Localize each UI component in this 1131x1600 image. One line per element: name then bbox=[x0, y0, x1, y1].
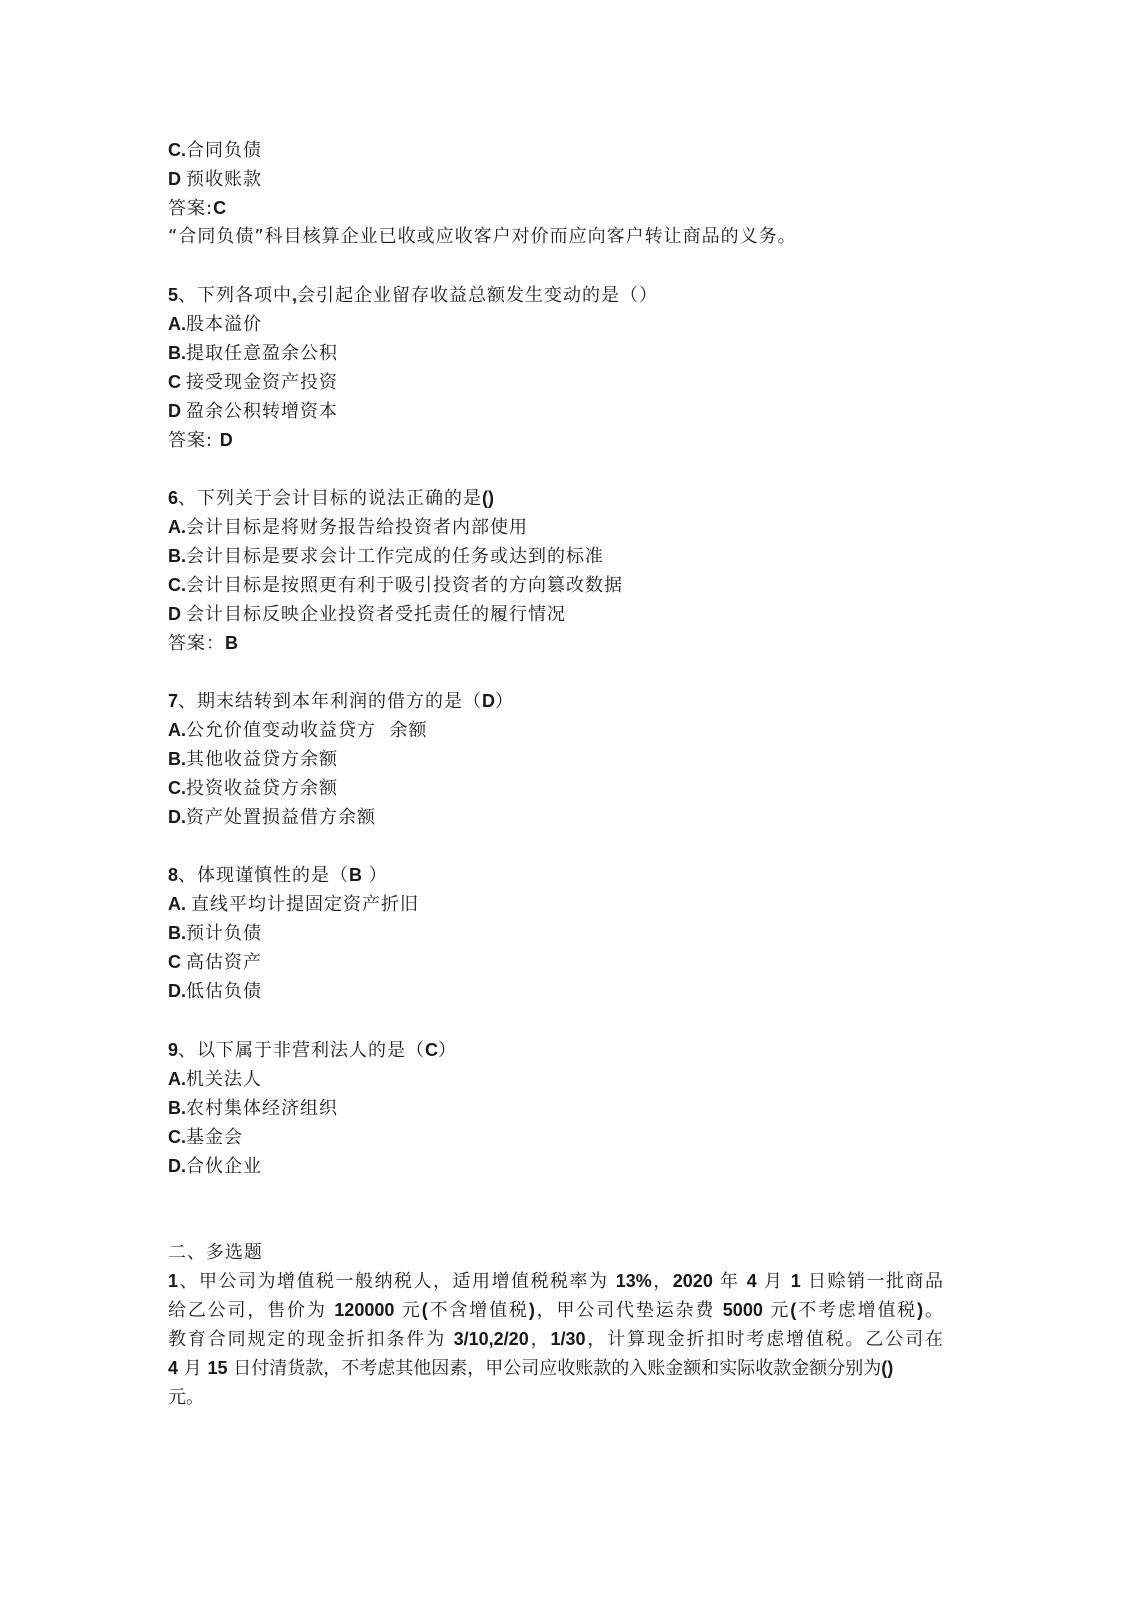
option-letter: D. bbox=[168, 807, 186, 827]
numeric-text: 4 bbox=[747, 1271, 757, 1291]
section-heading-multiple-choice: 二、多选题 bbox=[168, 1242, 263, 1264]
q8-option-d: D.低估负债 bbox=[168, 980, 262, 1003]
q7-option-d: D.资产处置损益借方余额 bbox=[168, 806, 376, 829]
option-text: 会计目标是将财务报告给投资者内部使用 bbox=[186, 517, 528, 538]
option-letter: B. bbox=[168, 343, 186, 363]
q6-answer: 答案：B bbox=[168, 632, 238, 655]
q4-answer: 答案:C bbox=[168, 197, 226, 220]
question-number: 9 bbox=[168, 1040, 178, 1060]
q6-option-b: B.会计目标是要求会计工作完成的任务或达到的标准 bbox=[168, 545, 604, 568]
paragraph-text: ，计算现金折扣时考虑增值税。乙公司在 bbox=[586, 1329, 944, 1350]
option-text: 股本溢价 bbox=[186, 314, 262, 335]
numeric-text: 1 bbox=[791, 1271, 801, 1291]
answer-value: C bbox=[213, 198, 226, 218]
option-text: 低估负债 bbox=[186, 981, 262, 1002]
option-letter: A. bbox=[168, 894, 191, 914]
option-letter: D bbox=[168, 401, 186, 421]
option-text: 会计目标反映企业投资者受托责任的履行情况 bbox=[186, 604, 566, 625]
question-number: 6 bbox=[168, 488, 178, 508]
answer-value: B bbox=[225, 633, 238, 653]
paragraph-text: 日付清货款，不考虑其他因素，甲公司应收账款的入账金额和实际收款金额分别为 bbox=[228, 1358, 882, 1379]
paragraph-text: ， bbox=[529, 1329, 551, 1350]
paragraph-text: 日赊销一批商品 bbox=[801, 1271, 943, 1292]
option-letter: B. bbox=[168, 546, 186, 566]
option-letter: A. bbox=[168, 720, 186, 740]
option-text: 会计目标是按照更有利于吸引投资者的方向篡改数据 bbox=[186, 575, 623, 596]
numeric-text: 2020 bbox=[673, 1271, 713, 1291]
option-letter: B. bbox=[168, 923, 186, 943]
question-text: ） bbox=[362, 865, 388, 886]
paragraph-line: 教育合同规定的现金折扣条件为 3/10,2/20，1/30，计算现金折扣时考虑增… bbox=[168, 1325, 943, 1354]
answer-label: 答案: bbox=[168, 198, 213, 219]
option-letter: B. bbox=[168, 1098, 186, 1118]
option-text: 资产处置损益借方余额 bbox=[186, 807, 376, 828]
option-text: 提取任意盈余公积 bbox=[186, 343, 338, 364]
q9-option-c: C.基金会 bbox=[168, 1126, 243, 1149]
question-number: 7 bbox=[168, 691, 178, 711]
q7-stem: 7、期末结转到本年利润的借方的是（D） bbox=[168, 690, 514, 713]
option-letter: C. bbox=[168, 778, 186, 798]
paragraph-text: 月 bbox=[757, 1271, 791, 1292]
option-text: 其他收益贷方余额 bbox=[186, 749, 338, 770]
paragraph-text: ，甲公司代垫运杂费 bbox=[535, 1300, 723, 1321]
paragraph-text: 元 bbox=[763, 1300, 790, 1321]
q5-option-a: A.股本溢价 bbox=[168, 313, 262, 336]
answer-value: D bbox=[220, 430, 233, 450]
option-letter: A. bbox=[168, 517, 186, 537]
q7-option-b: B.其他收益贷方余额 bbox=[168, 748, 338, 771]
option-letter: B. bbox=[168, 749, 186, 769]
option-text: 高估资产 bbox=[186, 952, 262, 973]
numeric-text: 15 bbox=[207, 1358, 227, 1378]
option-letter: D. bbox=[168, 981, 186, 1001]
paragraph-text: 年 bbox=[713, 1271, 747, 1292]
q4-option-d: D 预收账款 bbox=[168, 168, 262, 191]
question-number: 8 bbox=[168, 865, 178, 885]
option-letter: C. bbox=[168, 575, 186, 595]
option-text: 机关法人 bbox=[186, 1069, 262, 1090]
numeric-text: 4 bbox=[168, 1358, 178, 1378]
answer-value: D bbox=[482, 691, 495, 711]
q6-option-d: D 会计目标反映企业投资者受托责任的履行情况 bbox=[168, 603, 566, 626]
q5-answer: 答案: D bbox=[168, 429, 233, 452]
question-text: 、下列关于会计目标的说法正确的是 bbox=[178, 488, 482, 509]
option-letter: D. bbox=[168, 1156, 186, 1176]
q9-option-b: B.农村集体经济组织 bbox=[168, 1097, 338, 1120]
option-letter: C bbox=[168, 952, 186, 972]
q7-option-c: C.投资收益贷方余额 bbox=[168, 777, 338, 800]
option-text: 直线平均计提固定资产折旧 bbox=[191, 894, 419, 915]
option-text: 基金会 bbox=[186, 1127, 243, 1148]
q9-option-d: D.合伙企业 bbox=[168, 1155, 262, 1178]
question-text: ） bbox=[495, 691, 514, 712]
paragraph-text: 给乙公司，售价为 bbox=[168, 1300, 334, 1321]
question-number: 5 bbox=[168, 285, 178, 305]
document-page: C.合同负债 D 预收账款 答案:C “合同负债”科目核算企业已收或应收客户对价… bbox=[0, 0, 1131, 1600]
option-text: 公允价值变动收益贷方 余额 bbox=[186, 720, 427, 741]
question-text: 、以下属于非营利法人的是（ bbox=[178, 1040, 425, 1061]
q5-option-b: B.提取任意盈余公积 bbox=[168, 342, 338, 365]
paragraph-line: 给乙公司，售价为 120000 元(不含增值税)，甲公司代垫运杂费 5000 元… bbox=[168, 1296, 943, 1325]
paragraph-text: 月 bbox=[178, 1358, 207, 1379]
q4-explanation: “合同负债”科目核算企业已收或应收客户对价而应向客户转让商品的义务。 bbox=[168, 226, 797, 248]
option-text: 预收账款 bbox=[186, 169, 262, 190]
q8-option-c: C 高估资产 bbox=[168, 951, 262, 974]
paragraph-text: 不考虑增值税 bbox=[796, 1300, 917, 1321]
q7-option-a: A.公允价值变动收益贷方 余额 bbox=[168, 719, 427, 742]
numeric-text: 1/30 bbox=[550, 1329, 585, 1349]
numeric-text: 120000 bbox=[334, 1300, 394, 1320]
answer-value: C bbox=[425, 1040, 438, 1060]
q4-option-c: C.合同负债 bbox=[168, 139, 262, 162]
question-text: 会引起企业留存收益总额发生变动的是（） bbox=[297, 285, 658, 306]
option-letter: C. bbox=[168, 1127, 186, 1147]
q6-stem: 6、下列关于会计目标的说法正确的是() bbox=[168, 487, 494, 510]
paragraph-text: ， bbox=[652, 1271, 673, 1292]
paragraph-line: 1、甲公司为增值税一般纳税人，适用增值税税率为 13%，2020 年 4 月 1… bbox=[168, 1267, 943, 1296]
paragraph-line: 4 月 15 日付清货款，不考虑其他因素，甲公司应收账款的入账金额和实际收款金额… bbox=[168, 1354, 943, 1383]
option-text: 合同负债 bbox=[186, 140, 262, 161]
option-letter: A. bbox=[168, 314, 186, 334]
question-text: 、期末结转到本年利润的借方的是（ bbox=[178, 691, 482, 712]
q5-stem: 5、下列各项中,会引起企业留存收益总额发生变动的是（） bbox=[168, 284, 658, 307]
option-text: 预计负债 bbox=[186, 923, 262, 944]
option-text: 合伙企业 bbox=[186, 1156, 262, 1177]
section2-q1-paragraph: 1、甲公司为增值税一般纳税人，适用增值税税率为 13%，2020 年 4 月 1… bbox=[168, 1267, 943, 1412]
numeric-text: 1 bbox=[168, 1271, 178, 1291]
question-text: ） bbox=[438, 1040, 457, 1061]
option-letter: A. bbox=[168, 1069, 186, 1089]
paragraph-text: 。 bbox=[923, 1300, 943, 1321]
paragraph-line: 元。 bbox=[168, 1383, 943, 1412]
option-letter: C bbox=[168, 372, 186, 392]
option-text: 投资收益贷方余额 bbox=[186, 778, 338, 799]
paragraph-text: 元 bbox=[394, 1300, 421, 1321]
option-text: 盈余公积转增资本 bbox=[186, 401, 338, 422]
numeric-text: 13% bbox=[616, 1271, 652, 1291]
paragraph-text: 不含增值税 bbox=[428, 1300, 529, 1321]
question-text: 、体现谨慎性的是（ bbox=[178, 865, 349, 886]
option-letter: C. bbox=[168, 140, 186, 160]
numeric-text: () bbox=[881, 1358, 893, 1378]
option-text: 接受现金资产投资 bbox=[186, 372, 338, 393]
option-letter: D bbox=[168, 604, 186, 624]
option-letter: D bbox=[168, 169, 186, 189]
question-text: 、下列各项中 bbox=[178, 285, 292, 306]
q5-option-d: D 盈余公积转增资本 bbox=[168, 400, 338, 423]
option-text: 农村集体经济组织 bbox=[186, 1098, 338, 1119]
answer-label: 答案: bbox=[168, 430, 220, 451]
numeric-text: 3/10,2/20 bbox=[454, 1329, 529, 1349]
q5-option-c: C 接受现金资产投资 bbox=[168, 371, 338, 394]
q6-option-a: A.会计目标是将财务报告给投资者内部使用 bbox=[168, 516, 528, 539]
answer-label: 答案： bbox=[168, 633, 225, 654]
paragraph-text: 教育合同规定的现金折扣条件为 bbox=[168, 1329, 454, 1350]
numeric-text: 5000 bbox=[723, 1300, 763, 1320]
q9-stem: 9、以下属于非营利法人的是（C） bbox=[168, 1039, 457, 1062]
option-text: 会计目标是要求会计工作完成的任务或达到的标准 bbox=[186, 546, 604, 567]
answer-value: B bbox=[349, 865, 362, 885]
q8-option-b: B.预计负债 bbox=[168, 922, 262, 945]
q8-stem: 8、体现谨慎性的是（B ） bbox=[168, 864, 388, 887]
q8-option-a: A. 直线平均计提固定资产折旧 bbox=[168, 893, 419, 916]
question-text: () bbox=[482, 488, 494, 508]
paragraph-text: 、甲公司为增值税一般纳税人，适用增值税税率为 bbox=[178, 1271, 616, 1292]
q6-option-c: C.会计目标是按照更有利于吸引投资者的方向篡改数据 bbox=[168, 574, 623, 597]
paragraph-text: 元。 bbox=[168, 1387, 204, 1408]
q9-option-a: A.机关法人 bbox=[168, 1068, 262, 1091]
